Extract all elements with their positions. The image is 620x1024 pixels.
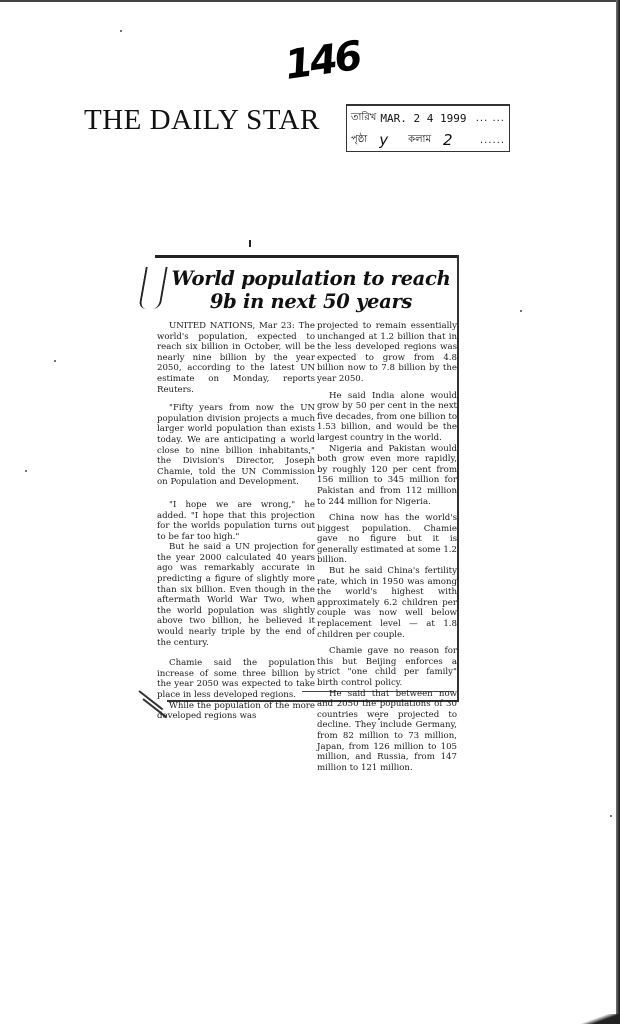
scan-tick-mark (249, 240, 251, 247)
scan-speck (520, 310, 522, 312)
stamp-column-label: কলাম (408, 132, 431, 149)
scan-speck (120, 30, 122, 32)
article-paragraph: But he said China's fertility rate, whic… (317, 566, 457, 640)
stamp-date-row: তারিখ MAR. 2 4 1999 ... ... (351, 108, 505, 128)
stamp-page-value: y (379, 131, 388, 149)
newspaper-clipping: World population to reach 9b in next 50 … (137, 255, 459, 702)
clipping-top-border (155, 255, 457, 258)
article-paragraph: While the population of the more develop… (157, 701, 315, 722)
article-paragraph: Chamie gave no reason for this but Beiji… (317, 646, 457, 688)
clipping-right-border (457, 255, 459, 700)
stamp-column-value: 2 (443, 131, 453, 149)
scan-speck (378, 718, 380, 720)
headline-line-1: World population to reach (165, 267, 457, 290)
article-left-column: UNITED NATIONS, Mar 23: The world's popu… (157, 321, 315, 722)
article-headline: World population to reach 9b in next 50 … (165, 267, 457, 313)
article-right-column: projected to remain essentially unchange… (317, 321, 457, 773)
article-paragraph: China now has the world's biggest popula… (317, 513, 457, 566)
stamp-date-value: MAR. 2 4 1999 (380, 112, 466, 125)
article-paragraph: But he said a UN projection for the year… (157, 542, 315, 648)
article-paragraph: Nigeria and Pakistan would both grow eve… (317, 444, 457, 508)
scan-speck (54, 360, 56, 362)
archive-stamp: তারিখ MAR. 2 4 1999 ... ... পৃষ্ঠা y কলা… (346, 104, 510, 152)
fold-mark-icon (138, 267, 167, 309)
article-paragraph: "I hope we are wrong," he added. "I hope… (157, 500, 315, 542)
handwritten-page-number: 146 (282, 33, 362, 89)
headline-line-2: 9b in next 50 years (165, 290, 457, 313)
article-paragraph: projected to remain essentially unchange… (317, 321, 457, 385)
page-corner-curl (580, 1014, 620, 1024)
stamp-page-label: পৃষ্ঠা (351, 132, 367, 149)
page-top-edge (0, 0, 620, 2)
stamp-date-dots: ... ... (476, 113, 505, 124)
article-paragraph: He said that between now and 2050 the po… (317, 689, 457, 774)
article-paragraph: Chamie said the population increase of s… (157, 658, 315, 700)
newspaper-masthead: THE DAILY STAR (84, 104, 320, 137)
article-paragraph: He said India alone would grow by 50 per… (317, 391, 457, 444)
scan-speck (25, 470, 27, 472)
article-paragraph: "Fifty years from now the UN population … (157, 403, 315, 488)
stamp-date-label: তারিখ (351, 110, 376, 127)
stamp-page-row: পৃষ্ঠা y কলাম 2 ...... (351, 130, 505, 150)
scan-speck (610, 815, 612, 817)
page-right-edge (616, 0, 620, 1024)
article-dateline: UNITED NATIONS, Mar 23: The world's popu… (157, 321, 315, 395)
stamp-column-dots: ...... (480, 135, 505, 146)
